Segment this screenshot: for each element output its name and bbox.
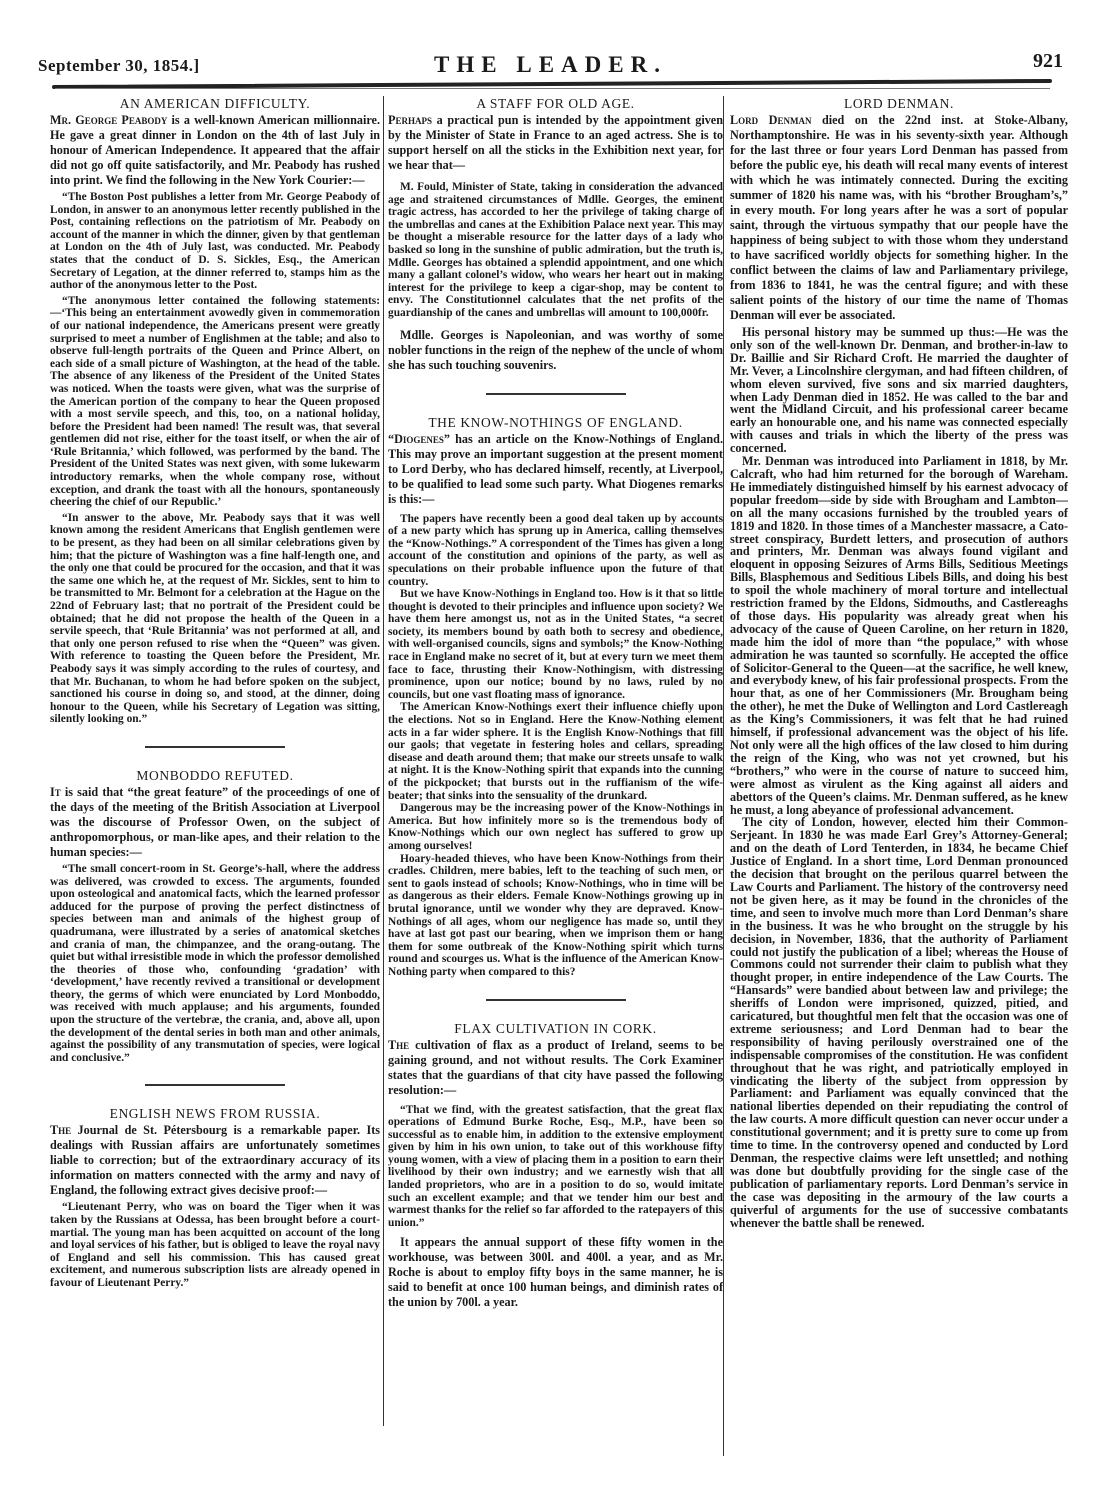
column-3: LORD DENMAN. Lord Denman died on the 22n… (730, 96, 1068, 1229)
article-english-news-from-russia: ENGLISH NEWS FROM RUSSIA. The Journal de… (50, 1106, 380, 1289)
article-closing: It appears the annual support of these f… (388, 1235, 723, 1310)
article-paragraph: The American Know-Nothings exert their i… (388, 701, 723, 802)
lead-text: died on the 22nd inst. at Stoke-Albany, … (730, 113, 1068, 322)
lead-smallcaps: Mr. George Peabody (50, 113, 167, 127)
article-heading: LORD DENMAN. (730, 96, 1068, 111)
lead-smallcaps: The (388, 1038, 409, 1052)
lead-smallcaps: Perhaps (388, 113, 432, 127)
article-separator (145, 1084, 285, 1086)
lead-text: is said that “the great feature” of the … (50, 785, 380, 859)
article-paragraph: “In answer to the above, Mr. Peabody say… (50, 512, 380, 726)
lead-smallcaps: “Diogenes” (388, 432, 450, 446)
article-paragraph: Mr. Denman was introduced into Parliamen… (730, 455, 1068, 816)
article-paragraph: “The Boston Post publishes a letter from… (50, 191, 380, 292)
article-paragraph: M. Fould, Minister of State, taking in c… (388, 181, 723, 320)
article-american-difficulty: AN AMERICAN DIFFICULTY. Mr. George Peabo… (50, 96, 380, 726)
lead-smallcaps: The (50, 1123, 71, 1137)
column-2: A STAFF FOR OLD AGE. Perhaps a practical… (388, 96, 723, 1310)
article-heading: A STAFF FOR OLD AGE. (388, 96, 723, 111)
article-lead: Perhaps a practical pun is intended by t… (388, 113, 723, 173)
lead-text: a practical pun is intended by the appoi… (388, 113, 723, 172)
article-staff-for-old-age: A STAFF FOR OLD AGE. Perhaps a practical… (388, 96, 723, 373)
article-heading: ENGLISH NEWS FROM RUSSIA. (50, 1106, 380, 1121)
article-paragraph: “The anonymous letter contained the foll… (50, 295, 380, 509)
lead-smallcaps: It (50, 785, 61, 799)
article-paragraph: “The small concert-room in St. George’s-… (50, 863, 380, 1065)
article-paragraph: The papers have recently been a good dea… (388, 513, 723, 589)
lead-text: cultivation of flax as a product of Irel… (388, 1038, 723, 1097)
article-monboddo-refuted: MONBODDO REFUTED. It is said that “the g… (50, 768, 380, 1065)
article-heading: AN AMERICAN DIFFICULTY. (50, 96, 380, 111)
article-closing: Mdlle. Georges is Napoleonian, and was w… (388, 328, 723, 373)
article-heading: FLAX CULTIVATION IN CORK. (388, 1021, 723, 1036)
article-lead: The Journal de St. Pétersbourg is a rema… (50, 1123, 380, 1198)
masthead-rule-thin (55, 88, 1050, 89)
article-lead: “Diogenes” has an article on the Know-No… (388, 432, 723, 507)
article-lead: It is said that “the great feature” of t… (50, 785, 380, 860)
article-lead: Mr. George Peabody is a well-known Ameri… (50, 113, 380, 188)
newspaper-title: THE LEADER. (38, 52, 1063, 78)
lead-smallcaps: Lord Denman (730, 113, 811, 127)
article-heading: MONBODDO REFUTED. (50, 768, 380, 783)
article-separator (145, 746, 285, 748)
article-paragraph: The city of London, however, elected him… (730, 816, 1068, 1229)
column-1: AN AMERICAN DIFFICULTY. Mr. George Peabo… (50, 96, 380, 1290)
page-number: 921 (1033, 50, 1063, 73)
column-divider-1 (383, 96, 384, 1426)
article-separator (486, 999, 626, 1001)
column-divider-2 (723, 96, 724, 1456)
article-know-nothings: THE KNOW-NOTHINGS OF ENGLAND. “Diogenes”… (388, 415, 723, 979)
article-lord-denman: LORD DENMAN. Lord Denman died on the 22n… (730, 96, 1068, 1229)
article-separator (486, 393, 626, 395)
article-paragraph: Hoary-headed thieves, who have been Know… (388, 853, 723, 979)
article-paragraph: “That we find, with the greatest satisfa… (388, 1104, 723, 1230)
article-paragraph: “Lieutenant Perry, who was on board the … (50, 1201, 380, 1289)
lead-text: Journal de St. Pétersbourg is a remarkab… (50, 1123, 380, 1197)
article-heading: THE KNOW-NOTHINGS OF ENGLAND. (388, 415, 723, 430)
article-paragraph: His personal history may be summed up th… (730, 326, 1068, 455)
article-lead: The cultivation of flax as a product of … (388, 1038, 723, 1098)
article-paragraph: Dangerous may be the increasing power of… (388, 802, 723, 852)
article-flax-cultivation: FLAX CULTIVATION IN CORK. The cultivatio… (388, 1021, 723, 1311)
article-paragraph: But we have Know-Nothings in England too… (388, 588, 723, 701)
article-lead: Lord Denman died on the 22nd inst. at St… (730, 113, 1068, 323)
